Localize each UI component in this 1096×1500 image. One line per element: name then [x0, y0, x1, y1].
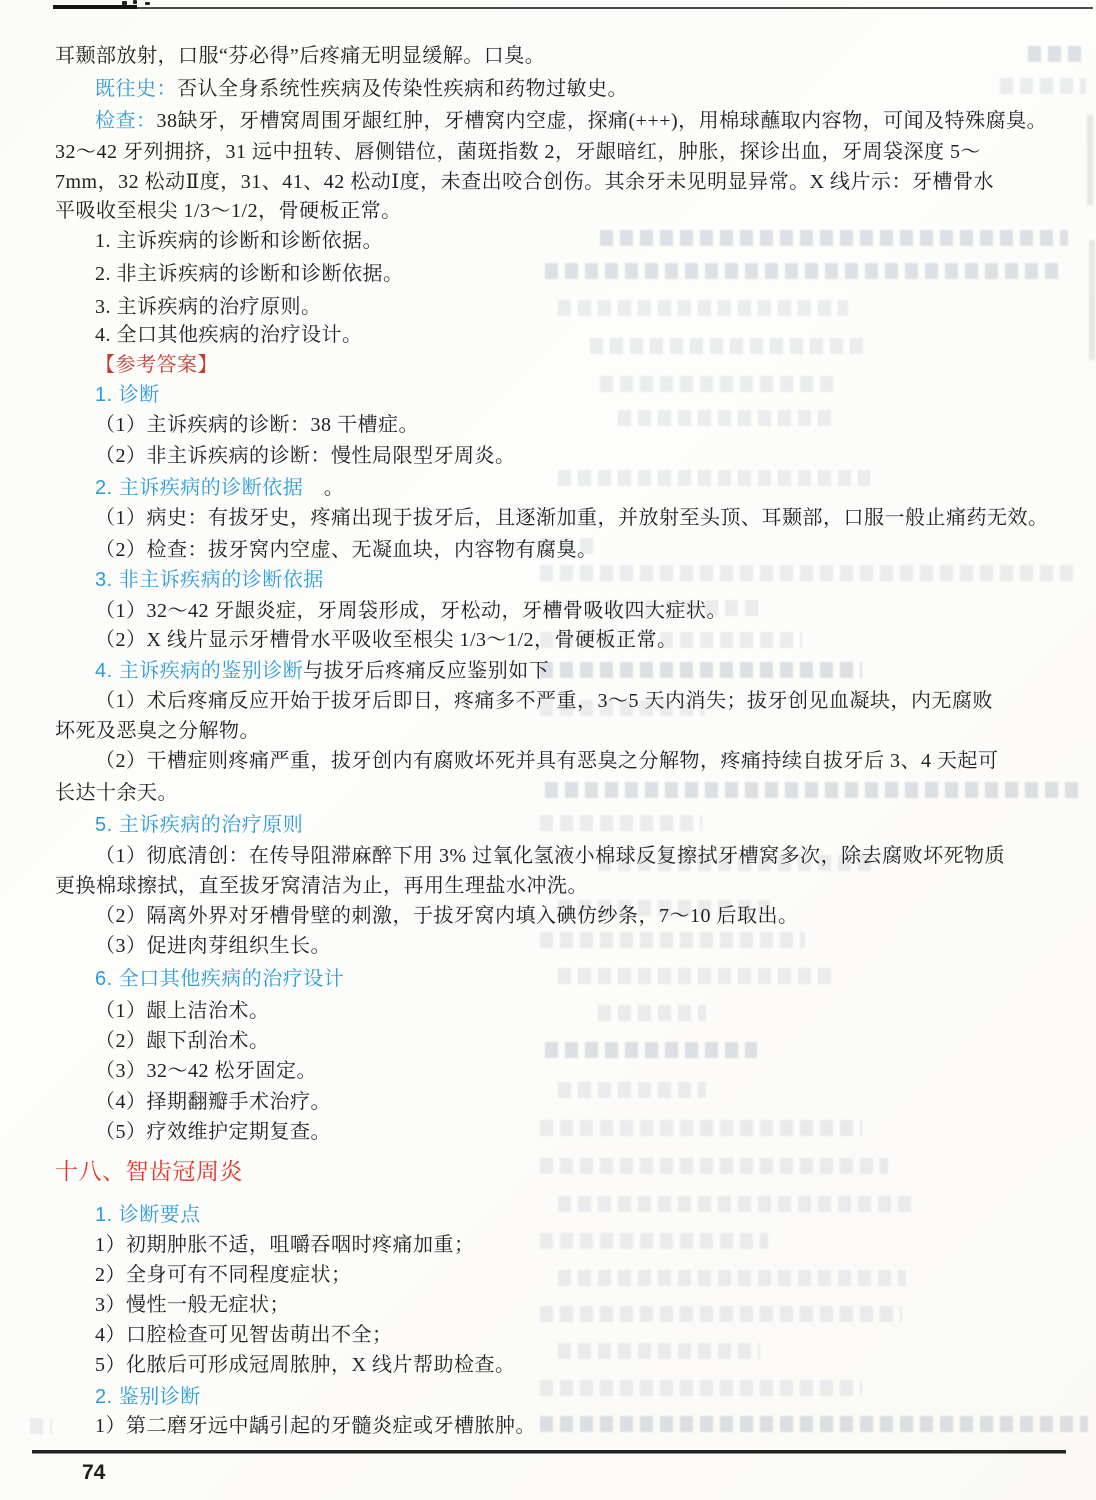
bleedthrough-line [558, 968, 833, 984]
accent-segment: 3. 非主诉疾病的诊断依据 [95, 569, 324, 591]
bleedthrough-line [618, 410, 833, 426]
accent-segment: 十八、智齿冠周炎 [55, 1158, 243, 1184]
bleedthrough-line [558, 1196, 918, 1212]
accent-segment: 既往史： [95, 78, 177, 100]
bleedthrough-line [545, 1042, 757, 1058]
bleedthrough-line [540, 1158, 888, 1174]
text-segment: 否认全身系统性疾病及传染性疾病和药物过敏史。 [177, 78, 628, 100]
text-line: 4. 主诉疾病的鉴别诊断与拔牙后疼痛反应鉴别如下 [95, 658, 549, 684]
text-segment: 5）化脓后可形成冠周脓肿，X 线片帮助检查。 [95, 1354, 515, 1376]
bleedthrough-line [540, 1306, 902, 1322]
text-line: 3. 主诉疾病的治疗原则。 [95, 294, 322, 320]
scan-artifact [122, 1, 127, 5]
bleedthrough-line [30, 1418, 52, 1434]
text-segment: 。 [303, 477, 344, 499]
text-line: （3）促进肉芽组织生长。 [95, 933, 331, 959]
text-line: 5）化脓后可形成冠周脓肿，X 线片帮助检查。 [95, 1352, 515, 1378]
text-line: 32～42 牙列拥挤，31 远中扭转、唇侧错位，菌斑指数 2，牙龈暗红，肿胀，探… [55, 139, 981, 165]
bleedthrough-line [540, 1380, 862, 1396]
bleedthrough-line [558, 1343, 760, 1359]
header-rule-thick [53, 5, 137, 9]
text-line: 6. 全口其他疾病的治疗设计 [95, 966, 344, 992]
text-line: 2. 鉴别诊断 [95, 1384, 201, 1410]
text-line: 耳颞部放射，口服“芬必得”后疼痛无明显缓解。口臭。 [55, 43, 545, 69]
bleedthrough-line [600, 230, 1068, 246]
text-segment: （5）疗效维护定期复查。 [95, 1121, 331, 1143]
footer-rule [32, 1450, 1066, 1454]
text-segment: （2）干槽症则疼痛严重，拔牙创内有腐败坏死并具有恶臭之分解物，疼痛持续自拔牙后 … [95, 750, 999, 772]
text-line: （1）彻底清创：在传导阻滞麻醉下用 3% 过氧化氢液小棉球反复擦拭牙槽窝多次，除… [95, 843, 1005, 869]
text-segment: 7mm，32 松动Ⅱ度，31、41、42 松动Ⅰ度，未查出咬合创伤。其余牙未见明… [55, 171, 994, 193]
bleedthrough-line [545, 263, 1065, 279]
bleedthrough-line [540, 662, 862, 678]
text-line: 7mm，32 松动Ⅱ度，31、41、42 松动Ⅰ度，未查出咬合创伤。其余牙未见明… [55, 169, 994, 195]
text-segment: 耳颞部放射，口服“芬必得”后疼痛无明显缓解。口臭。 [55, 45, 545, 67]
scan-artifact [145, 2, 150, 5]
text-line: 4. 全口其他疾病的治疗设计。 [95, 322, 363, 348]
text-line: （3）32～42 松牙固定。 [95, 1058, 317, 1084]
text-line: 3）慢性一般无症状； [95, 1292, 290, 1318]
text-segment: （1）术后疼痛反应开始于拔牙后即日，疼痛多不严重，3～5 天内消失；拔牙创见血凝… [95, 690, 993, 712]
text-segment: （2）隔离外界对牙槽骨壁的刺激，于拔牙窝内填入碘仿纱条，7～10 后取出。 [95, 905, 799, 927]
text-segment: 更换棉球擦拭，直至拔牙窝清洁为止，再用生理盐水冲洗。 [55, 875, 588, 897]
text-segment: （2）非主诉疾病的诊断：慢性局限型牙周炎。 [95, 445, 516, 467]
accent-segment: 5. 主诉疾病的治疗原则 [95, 814, 303, 836]
scanned-book-page: 耳颞部放射，口服“芬必得”后疼痛无明显缓解。口臭。既往史：否认全身系统性疾病及传… [0, 0, 1096, 1500]
text-segment: （4）择期翻瓣手术治疗。 [95, 1091, 331, 1113]
scan-artifact [1087, 115, 1093, 205]
text-segment: 1. 主诉疾病的诊断和诊断依据。 [95, 230, 383, 252]
bleedthrough-line [545, 782, 1085, 798]
text-segment: 3. 主诉疾病的治疗原则。 [95, 296, 322, 318]
text-segment: 38缺牙，牙槽窝周围牙龈红肿，牙槽窝内空虚，探痛(+++)，用棉球蘸取内容物，可… [157, 110, 1048, 132]
text-line: （1）龈上洁治术。 [95, 998, 270, 1024]
header-rule-thin [137, 7, 1093, 9]
text-line: 1）第二磨牙远中龋引起的牙髓炎症或牙槽脓肿。 [95, 1413, 536, 1439]
text-line: 1. 诊断要点 [95, 1202, 201, 1228]
text-line: （2）隔离外界对牙槽骨壁的刺激，于拔牙窝内填入碘仿纱条，7～10 后取出。 [95, 903, 799, 929]
accent-segment: 1. 诊断 [95, 384, 160, 406]
text-line: 长达十余天。 [55, 780, 178, 806]
text-line: （1）病史：有拔牙史，疼痛出现于拔牙后，且逐渐加重，并放射至头顶、耳颞部，口服一… [95, 505, 1049, 531]
text-segment: 坏死及恶臭之分解物。 [55, 720, 260, 742]
text-segment: （2）龈下刮治术。 [95, 1030, 270, 1052]
text-line: （1）术后疼痛反应开始于拔牙后即日，疼痛多不严重，3～5 天内消失；拔牙创见血凝… [95, 688, 993, 714]
text-line: 3. 非主诉疾病的诊断依据 [95, 567, 324, 593]
text-line: （2）龈下刮治术。 [95, 1028, 270, 1054]
bleedthrough-line [1028, 46, 1086, 62]
text-line: （4）择期翻瓣手术治疗。 [95, 1089, 331, 1115]
text-segment: （3）促进肉芽组织生长。 [95, 935, 331, 957]
accent-segment: 2. 主诉疾病的诊断依据 [95, 477, 303, 499]
text-segment: 1）初期肿胀不适，咀嚼吞咽时疼痛加重； [95, 1234, 475, 1256]
bleedthrough-line [540, 565, 1080, 581]
text-line: 更换棉球擦拭，直至拔牙窝清洁为止，再用生理盐水冲洗。 [55, 873, 588, 899]
text-segment: （3）32～42 松牙固定。 [95, 1060, 317, 1082]
bleedthrough-line [540, 932, 805, 948]
bleedthrough-line [1000, 78, 1086, 94]
text-segment: 3）慢性一般无症状； [95, 1294, 290, 1316]
page-number: 74 [82, 1461, 105, 1485]
text-segment: （1）彻底清创：在传导阻滞麻醉下用 3% 过氧化氢液小棉球反复擦拭牙槽窝多次，除… [95, 845, 1005, 867]
text-line: （1）主诉疾病的诊断：38 干槽症。 [95, 412, 419, 438]
text-line: （1）32～42 牙龈炎症，牙周袋形成，牙松动，牙槽骨吸收四大症状。 [95, 598, 727, 624]
text-segment: 与拔牙后疼痛反应鉴别如下 [303, 660, 549, 682]
accent-segment: 【参考答案】 [95, 354, 218, 376]
bleedthrough-line [558, 300, 848, 316]
text-segment: 4. 全口其他疾病的治疗设计。 [95, 324, 363, 346]
text-line: 坏死及恶臭之分解物。 [55, 718, 260, 744]
section-title: 十八、智齿冠周炎 [55, 1158, 243, 1184]
scan-artifact [133, 0, 137, 4]
text-segment: 1）第二磨牙远中龋引起的牙髓炎症或牙槽脓肿。 [95, 1415, 536, 1437]
text-segment: （2）X 线片显示牙槽骨水平吸收至根尖 1/3～1/2，骨硬板正常。 [95, 629, 678, 651]
text-line: （2）非主诉疾病的诊断：慢性局限型牙周炎。 [95, 443, 516, 469]
text-segment: （1）主诉疾病的诊断：38 干槽症。 [95, 414, 419, 436]
text-line: 2. 非主诉疾病的诊断和诊断依据。 [95, 261, 404, 287]
text-line: 5. 主诉疾病的治疗原则 [95, 812, 303, 838]
text-line: 检查：38缺牙，牙槽窝周围牙龈红肿，牙槽窝内空虚，探痛(+++)，用棉球蘸取内容… [95, 108, 1047, 134]
accent-segment: 4. 主诉疾病的鉴别诊断 [95, 660, 303, 682]
text-line: 既往史：否认全身系统性疾病及传染性疾病和药物过敏史。 [95, 76, 628, 102]
text-segment: （1）32～42 牙龈炎症，牙周袋形成，牙松动，牙槽骨吸收四大症状。 [95, 600, 727, 622]
text-segment: 2）全身可有不同程度症状； [95, 1264, 352, 1286]
text-segment: 4）口腔检查可见智齿萌出不全； [95, 1324, 393, 1346]
bleedthrough-line [558, 1270, 906, 1286]
bleedthrough-line [590, 338, 868, 354]
bleedthrough-line [598, 1005, 706, 1021]
bleedthrough-line [600, 376, 838, 392]
accent-segment: 2. 鉴别诊断 [95, 1386, 201, 1408]
text-line: 【参考答案】 [95, 352, 218, 378]
text-segment: 32～42 牙列拥挤，31 远中扭转、唇侧错位，菌斑指数 2，牙龈暗红，肿胀，探… [55, 141, 981, 163]
bleedthrough-line [558, 470, 870, 486]
text-segment: （2）检查：拔牙窝内空虚、无凝血块，内容物有腐臭。 [95, 539, 598, 561]
accent-segment: 1. 诊断要点 [95, 1204, 201, 1226]
text-line: （5）疗效维护定期复查。 [95, 1119, 331, 1145]
text-line: （2）检查：拔牙窝内空虚、无凝血块，内容物有腐臭。 [95, 537, 598, 563]
scan-artifact [1089, 240, 1095, 360]
text-line: 2）全身可有不同程度症状； [95, 1262, 352, 1288]
bleedthrough-line [540, 1120, 862, 1136]
accent-segment: 6. 全口其他疾病的治疗设计 [95, 968, 344, 990]
text-line: （2）X 线片显示牙槽骨水平吸收至根尖 1/3～1/2，骨硬板正常。 [95, 627, 678, 653]
text-line: （2）干槽症则疼痛严重，拔牙创内有腐败坏死并具有恶臭之分解物，疼痛持续自拔牙后 … [95, 748, 999, 774]
text-segment: 长达十余天。 [55, 782, 178, 804]
bleedthrough-line [540, 1416, 1088, 1432]
bleedthrough-line [558, 1082, 706, 1098]
text-line: 1. 主诉疾病的诊断和诊断依据。 [95, 228, 383, 254]
bleedthrough-line [540, 1233, 768, 1249]
text-line: 1）初期肿胀不适，咀嚼吞咽时疼痛加重； [95, 1232, 475, 1258]
text-line: 1. 诊断 [95, 382, 160, 408]
bleedthrough-line [540, 815, 702, 831]
text-line: 平吸收至根尖 1/3～1/2，骨硬板正常。 [55, 198, 402, 224]
text-line: 2. 主诉疾病的诊断依据 。 [95, 475, 344, 501]
text-segment: 2. 非主诉疾病的诊断和诊断依据。 [95, 263, 404, 285]
text-segment: （1）龈上洁治术。 [95, 1000, 270, 1022]
text-line: 4）口腔检查可见智齿萌出不全； [95, 1322, 393, 1348]
text-segment: （1）病史：有拔牙史，疼痛出现于拔牙后，且逐渐加重，并放射至头顶、耳颞部，口服一… [95, 507, 1049, 529]
accent-segment: 检查： [95, 110, 157, 132]
text-segment: 平吸收至根尖 1/3～1/2，骨硬板正常。 [55, 200, 402, 222]
